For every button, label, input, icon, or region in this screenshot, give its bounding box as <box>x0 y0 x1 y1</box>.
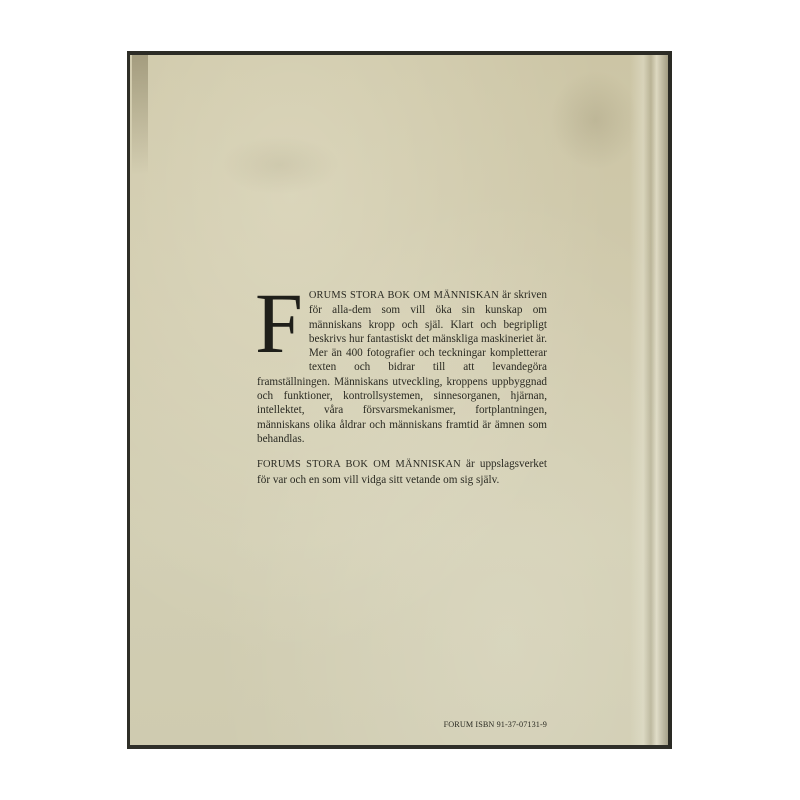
drop-cap: F <box>255 289 303 361</box>
blurb-paragraph-2: FORUMS STORA BOK OM MÄNNISKAN är uppslag… <box>257 457 547 487</box>
cover-stain <box>132 55 148 175</box>
cover-blurb: FORUMS STORA BOK OM MÄNNISKAN är skriven… <box>257 288 547 498</box>
title-smallcaps: ORUMS STORA BOK OM MÄNNISKAN <box>309 290 499 301</box>
title-smallcaps: FORUMS STORA BOK OM MÄNNISKAN <box>257 459 461 470</box>
cover-stain <box>220 135 340 195</box>
book-back-cover: FORUMS STORA BOK OM MÄNNISKAN är skriven… <box>127 51 672 749</box>
cover-stain <box>550 70 640 170</box>
publisher-isbn: FORUM ISBN 91-37-07131-9 <box>372 720 547 729</box>
blurb-paragraph-1: FORUMS STORA BOK OM MÄNNISKAN är skriven… <box>257 288 547 446</box>
spine-edge-wear <box>630 55 668 745</box>
photo-stage: FORUMS STORA BOK OM MÄNNISKAN är skriven… <box>0 0 800 800</box>
